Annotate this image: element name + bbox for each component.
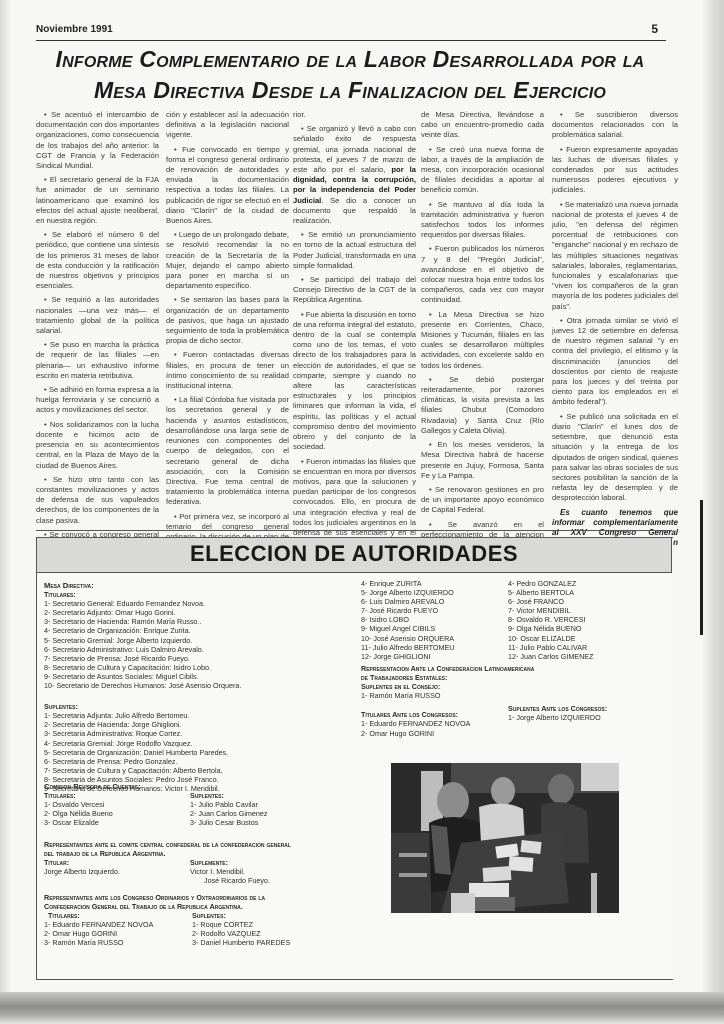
list-item: 1- Secretario General: Eduardo Fernandez… (44, 599, 241, 608)
list-item: 4- Secretaria Gremial: Jorge Rodolfo Vaz… (44, 739, 241, 748)
list-item: 1- Jorge Alberto IZQUIERDO (508, 713, 607, 722)
list-item: 2- Olga Nélida Bueno (44, 809, 141, 818)
list-item: 4- Enrique ZURITA (361, 579, 454, 588)
subsection-label: Suplentes en el Consejo: (361, 682, 534, 691)
list-item: 4- Pedro GONZALEZ (508, 579, 593, 588)
paragraph: • Se hizo otro tanto con las constantes … (36, 475, 159, 526)
list-item: 1- Julio Pablo Cavilar (190, 800, 268, 809)
paragraph: • Fueron publicados los números 7 y 8 de… (421, 244, 544, 305)
paragraph: rior. (293, 110, 416, 120)
list-item: 11- Julio Alfredo BERTOMEU (361, 643, 454, 652)
list-item: 2- Omar Hugo GORINI (361, 729, 534, 738)
list-item: 12- Juan Carlos GIMENEZ (508, 652, 593, 661)
list-item: 7- Victor MENDIBIL (508, 606, 593, 615)
list-item: 6- José FRANCO (508, 597, 593, 606)
congresos-cgt-suplentes: Suplentes: 1- Roque CORTEZ 2- Rodolfo VA… (192, 911, 290, 947)
comite-central-suplentes: Suplemente: Victor I. Mendibil. José Ric… (190, 858, 270, 885)
list-item: 3- Secretaria Administrativa: Roque Cort… (44, 729, 241, 738)
paragraph: • Se elaboró el número 6 del periódico, … (36, 230, 159, 291)
list-item: 10- Oscar ELIZALDE (508, 634, 593, 643)
paragraph: • Se puso en marcha la práctica de reque… (36, 340, 159, 381)
list-item: 9- Secretario de Asuntos Sociales: Migue… (44, 672, 241, 681)
list-item: 3- Julio Cesar Bustos (190, 818, 268, 827)
page-header: Noviembre 1991 5 (36, 22, 666, 41)
section-heading: Confederacion General del Trabajo de la … (44, 902, 265, 911)
paragraph: • Se organizó y llevó a cabo con señalad… (293, 124, 416, 226)
section-divider (36, 530, 672, 531)
paragraph: • Se requirió a las autoridades nacional… (36, 295, 159, 336)
issue-date: Noviembre 1991 (36, 24, 113, 35)
comision-revisora-suplentes: Suplentes: 1- Julio Pablo Cavilar 2- Jua… (190, 791, 268, 827)
paragraph: • Otra jornada similar se vivió el jueve… (552, 316, 678, 408)
page-number: 5 (651, 22, 658, 36)
article-column-1: • Se acentuó el intercambio de documenta… (36, 110, 159, 575)
article-headline: Informe Complementario de la Labor Desar… (30, 44, 670, 106)
list-item: 5- Secretaria de Organización: Daniel Hu… (44, 748, 241, 757)
paragraph: de Mesa Directiva, llevándose a cabo un … (421, 110, 544, 141)
section-heading: Representantes ante los Congreso Ordinar… (44, 893, 265, 902)
paragraph: • Fue abierta la discusión en torno de u… (293, 310, 416, 453)
paragraph: • Se emitió un pronunciamiento en torno … (293, 230, 416, 271)
section-heading: de Trabajadores Estatales: (361, 673, 534, 682)
list-item: 6- Luis Dalmiro AREVALO (361, 597, 454, 606)
article-column-5: • Se suscribieron diversos documentos re… (552, 110, 678, 562)
list-item: 10- Secretario de Derechos Humanos: José… (44, 681, 241, 690)
list-item: 2- Secretaria de Hacienda: Jorge Ghiglio… (44, 720, 241, 729)
paragraph: • Se suscribieron diversos documentos re… (552, 110, 678, 141)
list-item: 9- Miguel Angel CIBILS (361, 624, 454, 633)
subsection-label: Titulares: (44, 791, 141, 800)
congress-titulares-continuation: 4- Enrique ZURITA 5- Jorge Alberto IZQUI… (361, 579, 454, 661)
paragraph: • Fueron contactadas diversas filiales, … (166, 350, 289, 391)
list-item: 3- Daniel Humberto PAREDES (192, 938, 290, 947)
election-banner: ELECCION DE AUTORIDADES (36, 537, 672, 573)
section-heading: Comision Revisora de Cuentas: (44, 782, 141, 791)
section-heading: Representacion Ante la Confederacion Lat… (361, 664, 534, 673)
list-item: 5- Alberto BERTOLA (508, 588, 593, 597)
election-banner-title: ELECCION DE AUTORIDADES (37, 541, 671, 567)
paragraph: • Fue convocado en tiempo y forma el con… (166, 145, 289, 227)
page-right-edge (702, 0, 724, 1024)
paragraph: • La Mesa Directiva se hizo presente en … (421, 310, 544, 371)
paragraph: • Se participó del trabajo del Consejo D… (293, 275, 416, 306)
list-item: 8- Osvaldo R. VERCESI (508, 615, 593, 624)
list-item: José Ricardo Fueyo. (190, 876, 270, 885)
paragraph: • Se debió postergar reiteradamente, por… (421, 375, 544, 436)
article-column-3: rior. • Se organizó y llevó a cabo con s… (293, 110, 416, 587)
page-left-edge (0, 0, 10, 1024)
subsection-label: Titulares: (44, 590, 241, 599)
list-item: Victor I. Mendibil. (190, 867, 270, 876)
list-item: 11- Julio Pablo CALIVAR (508, 643, 593, 652)
list-item: 12- Jorge GHIGLIONI (361, 652, 454, 661)
list-item: 2- Rodolfo VAZQUEZ (192, 929, 290, 938)
list-item: 8- Isidro LOBO (361, 615, 454, 624)
mesa-directiva-block: Mesa Directiva: Titulares: 1- Secretario… (44, 581, 241, 793)
paragraph: • Se acentuó el intercambio de documenta… (36, 110, 159, 171)
paragraph: • Se renovaron gestiones en pro de un im… (421, 485, 544, 516)
subsection-label: Suplemente: (190, 858, 270, 867)
list-item: 10- José Asensio ORQUERA (361, 634, 454, 643)
list-item: 5- Secretario Gremial: Jorge Alberto Izq… (44, 636, 241, 645)
clate-block: Representacion Ante la Confederacion Lat… (361, 664, 534, 738)
congress-suplentes-continuation: 4- Pedro GONZALEZ 5- Alberto BERTOLA 6- … (508, 579, 593, 661)
ballot-counting-photo (391, 763, 619, 913)
list-item: 6- Secretario Administrativo: Luis Dalmi… (44, 645, 241, 654)
headline-line-2: Mesa Directiva Desde la Finalizacion del… (30, 75, 670, 106)
section-heading: del trabajo de la Republica Argentina. (44, 849, 291, 858)
article-column-2: ción y establecer así la adecuación defi… (166, 110, 289, 601)
paragraph: • El secretario general de la FJA fue an… (36, 175, 159, 226)
comision-revisora-block: Comision Revisora de Cuentas: Titulares:… (44, 782, 141, 827)
scan-artifact-bar (700, 500, 703, 635)
subsection-label: Suplentes: (44, 702, 241, 711)
subsection-label: Suplentes: (192, 911, 290, 920)
paragraph: • Se mantuvo al día toda la tramitación … (421, 200, 544, 241)
scan-bottom-band (0, 992, 724, 1024)
paragraph: • Se materializó una nueva jornada nacio… (552, 200, 678, 312)
list-item: 2- Secretario Adjunto: Omar Hugo Gorini. (44, 608, 241, 617)
list-item: 1- Ramón María RUSSO (361, 691, 534, 700)
list-item: 2- Juan Carlos Gimenez (190, 809, 268, 818)
clate-suplentes: Suplentes Ante los Congresos: 1- Jorge A… (508, 704, 607, 722)
paragraph: • Nos solidarizamos con la lucha docente… (36, 420, 159, 471)
paragraph: • En los meses venideros, la Mesa Direct… (421, 440, 544, 481)
paragraph: • Se sentaron las bases para la organiza… (166, 295, 289, 346)
list-item: 5- Jorge Alberto IZQUIERDO (361, 588, 454, 597)
headline-line-1: Informe Complementario de la Labor Desar… (30, 44, 670, 75)
list-item: 7- Secretaria de Cultura y Capacitación:… (44, 766, 241, 775)
subsection-label: Suplentes: (190, 791, 268, 800)
list-item: 9- Olga Nélida BUENO (508, 624, 593, 633)
paragraph: • Se creó una nueva forma de labor, a tr… (421, 145, 544, 196)
list-item: 6- Secretaria de Prensa: Pedro Gonzalez. (44, 757, 241, 766)
section-heading: Representantes ante el comite central co… (44, 840, 291, 849)
list-item: 4- Secretario de Organización: Enrique Z… (44, 626, 241, 635)
list-item: 7- José Ricardo FUEYO (361, 606, 454, 615)
paragraph: • Se adhirió en forma expresa a la huelg… (36, 385, 159, 416)
article-column-4: de Mesa Directiva, llevándose a cabo un … (421, 110, 544, 589)
photo-image (391, 763, 619, 913)
newspaper-page: Noviembre 1991 5 Informe Complementario … (0, 0, 724, 1024)
section-heading: Mesa Directiva: (44, 581, 241, 590)
list-item: 1- Roque CORTEZ (192, 920, 290, 929)
list-item: 3- Oscar Elizalde (44, 818, 141, 827)
list-item: 3- Secretario de Hacienda: Ramón María R… (44, 617, 241, 626)
subsection-label: Suplentes Ante los Congresos: (508, 704, 607, 713)
paragraph: • Luego de un prolongado debate, se reso… (166, 230, 289, 291)
paragraph: • La filial Córdoba fue visitada por los… (166, 395, 289, 507)
list-item: 8- Secretario de Cultura y Capacitación:… (44, 663, 241, 672)
list-item: 1- Secretaria Adjunta: Julio Alfredo Ber… (44, 711, 241, 720)
list-item: 7- Secretario de Prensa: José Ricardo Fu… (44, 654, 241, 663)
paragraph: • Se publicó una solicitada en el diario… (552, 412, 678, 504)
paragraph: ción y establecer así la adecuación defi… (166, 110, 289, 141)
list-item: 1- Osvaldo Vercesi (44, 800, 141, 809)
paragraph: • Fueron expresamente apoyadas las lucha… (552, 145, 678, 196)
